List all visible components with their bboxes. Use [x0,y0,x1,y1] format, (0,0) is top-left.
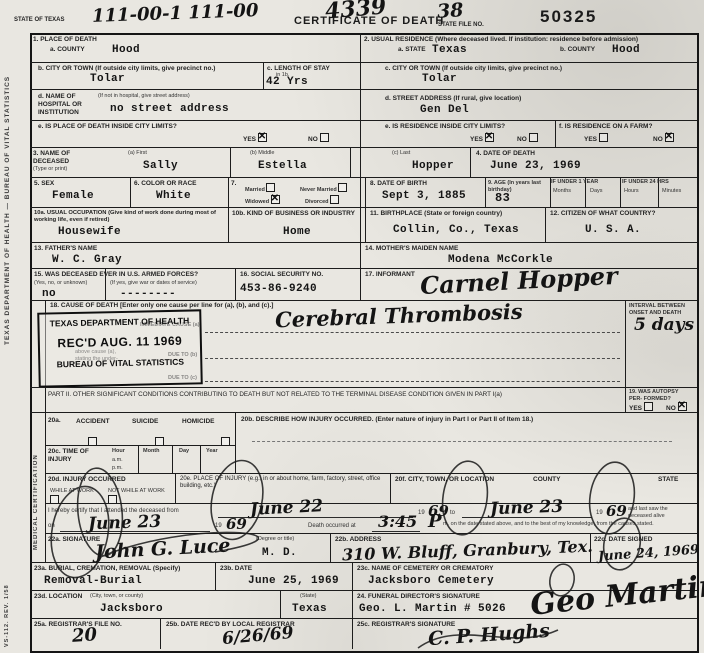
not-while-at-work: NOT WHILE AT WORK [108,488,168,505]
birthplace-label: 11. BIRTHPLACE (State or foreign country… [370,210,540,218]
describe-injury-label: 20b. DESCRIBE HOW INJURY OCCURRED. (Ente… [241,416,681,424]
checkbox [108,495,117,504]
burial-type-label: 23a. BURIAL, CREMATION, REMOVAL (Specify… [34,565,214,573]
father-name-label: 13. FATHER'S NAME [34,245,97,253]
business-value: Home [283,226,311,238]
occupation-label: 10a. USUAL OCCUPATION (Give kind of work… [34,210,222,224]
physician-address-label: 22b. ADDRESS [335,536,381,544]
certify-year-3: 69 [226,515,247,533]
state-of-texas-label: STATE OF TEXAS [14,17,64,24]
certify-year-2: 69 [606,502,627,520]
year-label: Year [206,448,218,455]
age-value: 83 [495,191,510,205]
checkbox [529,133,538,142]
degree-value: M. D. [262,547,297,559]
certify-to-word: to [450,510,455,517]
burial-type-value: Removal-Burial [44,575,142,587]
residence-title: 2. USUAL RESIDENCE (Where deceased lived… [364,36,689,44]
hospital-sublabel: (If not in hospital, give street address… [98,93,228,100]
checkbox [330,195,339,204]
sex-label: 5. SEX [34,180,54,188]
last-name-label: (c) Last [392,150,410,157]
place-county-label: a. COUNTY [50,46,85,54]
farm-no: NO [653,133,674,144]
stamp-line1: TEXAS DEPARTMENT OF HEALTH [39,315,199,328]
printed-19-c: 19 [215,523,222,530]
injury-state-label: STATE [658,476,678,484]
homicide-checkbox [221,437,230,446]
months-label: Months [553,188,571,195]
father-name-value: W. C. Gray [52,254,122,266]
middle-name-value: Estella [258,160,307,172]
autopsy-yes: YES [629,402,653,413]
place-of-injury-label: 20e. PLACE OF INJURY (e.g., in or about … [180,476,385,490]
place-city-limits-no: NO [308,133,329,144]
race-label: 6. COLOR OR RACE [134,180,196,188]
funeral-director-label: 24. FUNERAL DIRECTOR'S SIGNATURE [357,593,480,601]
accident-label: ACCIDENT [76,418,110,426]
state-file-no-value: 50325 [540,7,597,27]
checkbox-checked [485,133,494,142]
certify-text-2: and last saw the deceased alive [628,506,692,519]
received-stamp: TEXAS DEPARTMENT OF HEALTH REC'D AUG. 11… [37,309,203,387]
residence-state-value: Texas [432,44,467,56]
birthplace-value: Collin, Co., Texas [393,224,519,236]
volume-number-handwritten: 38 [436,0,464,23]
injury-city-label: 20f. CITY, TOWN, OR LOCATION [395,476,494,484]
place-county-value: Hood [112,44,140,56]
farm-label: f. IS RESIDENCE ON A FARM? [559,123,652,131]
middle-name-label: (b) Middle [250,150,274,157]
form-code: VS-112. REV. 1/58 [4,562,10,647]
injury-occurred-label: 20d. INJURY OCCURRED [48,476,126,484]
citizen-value: U. S. A. [585,224,641,236]
marital-never-married: Never Married [300,183,347,194]
time-of-injury-label: 20c. TIME OF INJURY [48,448,103,464]
death-ampm: P [428,511,442,532]
cemetery-value: Jacksboro Cemetery [368,575,494,587]
suicide-label: SUICIDE [132,418,158,426]
registrar-file-value: 20 [71,624,97,647]
checkbox-checked [271,195,280,204]
length-of-stay-value: 42 Yrs [266,76,308,88]
printed-19-b: 19 [596,510,603,517]
residence-city-value: Tolar [422,73,457,85]
funeral-director-value: Geo. L. Martin # 5026 [359,603,506,615]
location-label: 23d. LOCATION [34,593,82,601]
pm-label: p.m. [112,465,123,472]
armed-forces-label: 15. WAS DECEASED EVER IN U.S. ARMED FORC… [34,271,234,279]
checkbox [320,133,329,142]
checkbox [266,183,275,192]
armed-forces-value: no [42,288,56,300]
interval-value: 5 days [634,315,694,335]
label-20a: 20a. [48,417,61,425]
checkbox [50,495,59,504]
place-city-limits-label: e. IS PLACE OF DEATH INSIDE CITY LIMITS? [38,123,177,131]
death-certificate-scan: { "common": {"yes": "YES", "no": "NO", "… [0,0,704,653]
location-sublabel: (City, town, or county) [90,593,143,600]
residence-city-limits-yes: YES [470,133,494,144]
first-name-value: Sally [143,160,178,172]
business-label: 10b. KIND OF BUSINESS OR INDUSTRY [232,210,357,218]
death-occurred-text: Death occurred at [308,523,356,530]
certify-to-date: June 23 [490,497,564,520]
informant-label: 17. INFORMANT [365,271,415,279]
place-city-label: b. CITY OR TOWN (If outside city limits,… [38,65,253,73]
suicide-checkbox [155,437,164,446]
checkbox-checked [678,402,687,411]
accident-checkbox [88,437,97,446]
residence-county-label: b. COUNTY [560,46,595,54]
injury-county-label: COUNTY [533,476,560,484]
checkbox-checked [258,133,267,142]
marital-married: Married [245,183,275,194]
hours-label: Hours [624,188,639,195]
hospital-label: d. NAME OF HOSPITAL OR INSTITUTION [38,93,96,116]
sex-value: Female [52,190,94,202]
marital-widowed: Widowed [245,195,280,206]
hour-label: Hour [112,448,125,455]
certify-from-date: June 22 [250,496,324,520]
residence-city-label: c. CITY OR TOWN (If outside city limits,… [385,65,600,73]
residence-city-limits-label: e. IS RESIDENCE INSIDE CITY LIMITS? [385,123,505,131]
date-of-death-value: June 23, 1969 [490,160,581,172]
certify-on-word: on [48,523,55,530]
while-at-work: WHILE AT WORK [50,488,98,505]
residence-city-limits-no: NO [517,133,538,144]
physician-signature-label: 22a. SIGNATURE [48,536,100,544]
deceased-name-sub: (Type or print) [33,166,67,173]
under-24-hrs-label: IF UNDER 24 HRS [622,179,694,186]
burial-date-value: June 25, 1969 [248,575,339,587]
first-name-label: (a) First [128,150,147,157]
armed-forces-sub2: (If yes, give war or dates of service) [110,280,230,287]
days-label: Days [590,188,603,195]
death-time-value: 3:45 [378,512,417,531]
citizen-label: 12. CITIZEN OF WHAT COUNTRY? [550,210,690,218]
registrar-numbers-handwritten: 111-00-1 111-00 [92,0,259,27]
stamp-line2: REC'D AUG. 11 1969 [40,333,200,350]
left-margin-caption: TEXAS DEPARTMENT OF HEALTH — BUREAU OF V… [4,95,11,345]
date-of-death-label: 4. DATE OF DEATH [476,150,535,158]
occupation-value: Housewife [58,226,121,238]
ssn-value: 453-86-9240 [240,283,317,295]
checkbox [599,133,608,142]
printed-19-a: 19 [418,510,425,517]
location-city-value: Jacksboro [100,603,163,615]
am-label: a.m. [112,457,123,464]
day-label: Day [179,448,189,455]
mother-name-label: 14. MOTHER'S MAIDEN NAME [365,245,458,253]
degree-label: (Degree or title) [256,536,294,543]
location-state-value: Texas [292,603,327,615]
under-1-year-label: IF UNDER 1 YEAR [551,179,619,186]
armed-forces-sub1: (Yes, no, or unknown) [34,280,100,287]
street-address-label: d. STREET ADDRESS (If rural, give locati… [385,95,605,103]
deceased-name-title: 3. NAME OF DECEASED [33,150,95,166]
autopsy-no: NO [666,402,687,413]
marital-divorced: Divorced [305,195,339,206]
race-value: White [156,190,191,202]
homicide-label: HOMICIDE [182,418,215,426]
stamp-line3: BUREAU OF VITAL STATISTICS [40,356,200,369]
marital-label: 7. [231,180,236,188]
minutes-label: Minutes [662,188,681,195]
dob-value: Sept 3, 1885 [382,190,466,202]
residence-county-value: Hood [612,44,640,56]
burial-date-label: 23b. DATE [220,565,252,573]
month-label: Month [143,448,160,455]
hospital-value: no street address [110,103,229,115]
checkbox [644,402,653,411]
certify-alive-date: June 23 [88,512,162,535]
checkbox-checked [665,133,674,142]
residence-state-label: a. STATE [398,46,426,54]
certify-m-text: m. on the date stated above, and to the … [443,521,693,528]
dob-label: 8. DATE OF BIRTH [370,180,427,188]
cemetery-label: 23c. NAME OF CEMETERY OR CREMATORY [357,565,557,573]
place-city-value: Tolar [90,73,125,85]
farm-yes: YES [584,133,608,144]
part2-text: PART II. OTHER SIGNIFICANT CONDITIONS CO… [48,391,618,399]
location-state-sublabel: (State) [300,593,317,600]
date-signed-label: 22c. DATE SIGNED [594,536,652,544]
ssn-label: 16. SOCIAL SECURITY NO. [240,271,323,279]
place-of-death-title: 1. PLACE OF DEATH [33,36,97,44]
checkbox [338,183,347,192]
street-address-value: Gen Del [420,104,469,116]
place-city-limits-yes: YES [243,133,267,144]
state-file-no-label: STATE FILE NO. [438,22,484,29]
armed-forces-dates-value: -------- [120,288,176,300]
last-name-value: Hopper [412,160,454,172]
